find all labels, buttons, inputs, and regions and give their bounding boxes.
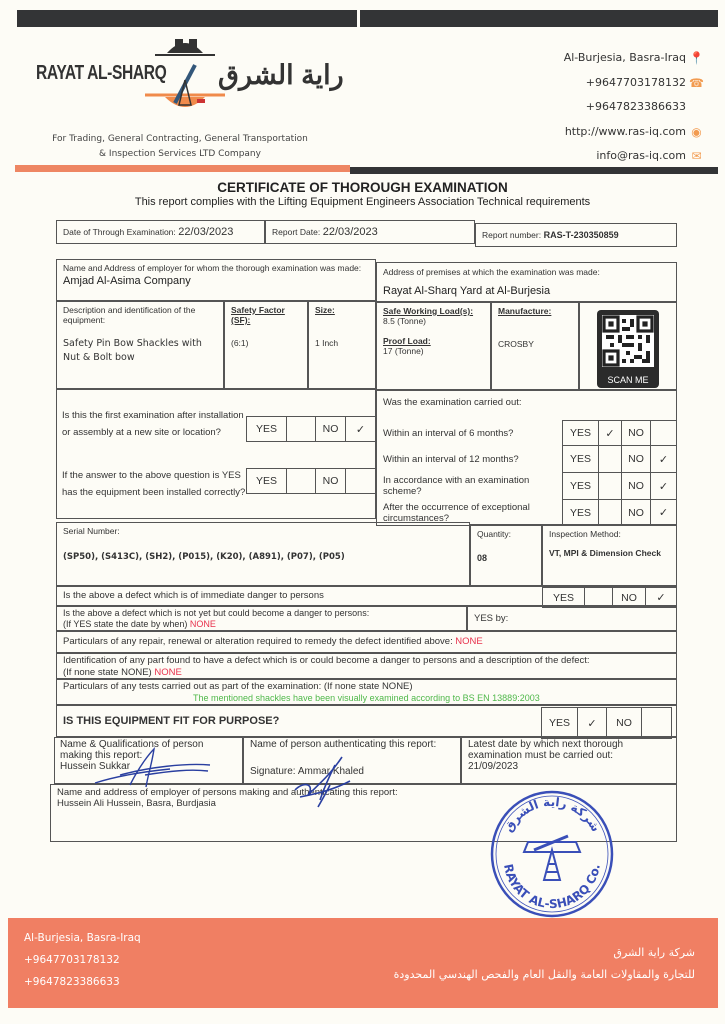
website-link[interactable]: http://www.ras-iq.com: [565, 120, 686, 145]
company-stamp: شركة راية الشرق RAYAT AL-SHARQ Co.: [488, 790, 616, 918]
report-date-cell: Report Date: 22/03/2023: [265, 220, 475, 244]
interval-12-months-question: Within an interval of 12 months?: [383, 454, 519, 465]
tests-value: The mentioned shackles have been visuall…: [63, 693, 670, 705]
repair-row: Particulars of any repair, renewal or al…: [56, 631, 677, 653]
report-number-label: Report number:: [482, 230, 541, 240]
footer-phone-1: +9647703178132: [24, 949, 141, 971]
installation-questions-block: Is this the first examination after inst…: [56, 389, 376, 519]
quantity-cell: Quantity: 08: [470, 524, 542, 586]
authenticator-cell: Name of person authenticating this repor…: [243, 737, 461, 784]
defect-identification-hint: (If none state NONE): [63, 667, 152, 678]
next-exam-date-cell: Latest date by which next thorough exami…: [461, 737, 677, 784]
yes-by-cell: YES by:: [467, 606, 677, 631]
footer-arabic-company: شركة راية الشرق: [394, 942, 695, 964]
fit-yes-label: YES: [541, 707, 578, 739]
installed-no-label: NO: [315, 468, 346, 494]
brand-name-arabic: راية الشرق: [218, 60, 344, 91]
first-exam-no-checkbox[interactable]: ✓: [345, 416, 376, 442]
inspection-method-cell: Inspection Method: VT, MPI & Dimension C…: [542, 524, 677, 586]
premises-label: Address of premises at which the examina…: [383, 267, 670, 277]
size-label: Size:: [315, 305, 369, 315]
certificate-subtitle: This report complies with the Lifting Eq…: [0, 196, 725, 208]
yes-by-label: YES by:: [474, 613, 670, 624]
exceptional-yes-box[interactable]: [598, 499, 622, 526]
tagline-line-1: For Trading, General Contracting, Genera…: [30, 132, 330, 147]
manufacture-label: Manufacture:: [498, 306, 572, 316]
tests-row: Particulars of any tests carried out as …: [56, 679, 677, 705]
certificate-title: CERTIFICATE OF THOROUGH EXAMINATION: [0, 180, 725, 195]
safety-factor-cell: Safety Factor (SF): (6:1): [224, 301, 308, 389]
footer-contacts: Al-Burjesia, Basra-Iraq +9647703178132 +…: [24, 927, 141, 993]
tests-label: Particulars of any tests carried out as …: [63, 681, 670, 693]
footer-arabic-text: شركة راية الشرق للتجارة والمقاولات العام…: [394, 942, 695, 986]
tagline-line-2: & Inspection Services LTD Company: [30, 147, 330, 162]
immediate-danger-yes-label: YES: [542, 587, 585, 608]
quantity-label: Quantity:: [477, 529, 535, 539]
twelve-months-no-checkbox[interactable]: ✓: [650, 445, 677, 473]
future-danger-cell: Is the above a defect which is not yet b…: [56, 606, 467, 631]
six-months-yes-label: YES: [562, 420, 599, 446]
telephone-icon: ☎: [690, 76, 703, 89]
report-number-cell: Report number: RAS-T-230350859: [475, 223, 677, 247]
proof-load-label: Proof Load:: [383, 336, 484, 346]
interval-6-months-question: Within an interval of 6 months?: [383, 428, 513, 439]
footer-arabic-description: للتجارة والمقاولات العامة والنقل العام و…: [394, 964, 695, 986]
globe-icon: ◉: [690, 125, 703, 138]
first-exam-no-label: NO: [315, 416, 346, 442]
future-danger-hint: (If YES state the date by when): [63, 619, 187, 629]
exceptional-yes-label: YES: [562, 499, 599, 526]
report-maker-name: Hussein Sukkar: [60, 761, 237, 772]
description-cell: Description and identification of the eq…: [56, 301, 224, 389]
immediate-danger-no-label: NO: [612, 587, 646, 608]
email-link[interactable]: info@ras-iq.com: [596, 144, 686, 169]
contact-phone-2: +9647823386633.: [564, 95, 703, 120]
qr-cell: SCAN ME: [579, 302, 677, 390]
contact-email[interactable]: info@ras-iq.com✉: [564, 144, 703, 169]
carried-out-label: Was the examination carried out:: [383, 397, 522, 408]
six-months-no-label: NO: [621, 420, 651, 446]
fit-no-label: NO: [606, 707, 642, 739]
twelve-months-no-label: NO: [621, 445, 651, 473]
proof-load-value: 17 (Tonne): [383, 346, 484, 356]
contact-list: Al-Burjesia, Basra-Iraq📍 +9647703178132☎…: [564, 46, 703, 169]
defect-identification-label: Identification of any part found to have…: [63, 655, 670, 667]
twelve-months-yes-box[interactable]: [598, 445, 622, 473]
defect-identification-value: NONE: [154, 667, 181, 678]
first-exam-yes-box[interactable]: [286, 416, 316, 442]
premises-value: Rayat Al-Sharq Yard at Al-Burjesia: [383, 285, 670, 297]
first-exam-question: Is this the first examination after inst…: [62, 408, 247, 441]
immediate-danger-yes-box[interactable]: [584, 587, 613, 608]
employer-cell: Name and Address of employer for whom th…: [56, 259, 376, 301]
next-exam-date-label: Latest date by which next thorough exami…: [468, 739, 648, 761]
employer-label: Name and Address of employer for whom th…: [63, 263, 369, 273]
header-divider-dark: [350, 167, 718, 174]
brand-name-english: RAYAT AL-SHARQ: [36, 62, 166, 85]
svg-text:شركة راية الشرق: شركة راية الشرق: [501, 795, 603, 834]
serial-number-cell: Serial Number: (SP50), (S413C), (SH2), (…: [56, 522, 470, 586]
premises-cell: Address of premises at which the examina…: [376, 262, 677, 302]
location-pin-icon: 📍: [690, 52, 703, 65]
report-maker-label: Name & Qualifications of person making t…: [60, 739, 225, 761]
footer-phone-2: +9647823386633: [24, 971, 141, 993]
header-divider-orange: [15, 165, 350, 172]
immediate-danger-no-checkbox[interactable]: ✓: [645, 587, 677, 608]
inspection-method-value: VT, MPI & Dimension Check: [549, 548, 670, 559]
manufacture-cell: Manufacture: CROSBY: [491, 302, 579, 390]
six-months-no-box[interactable]: [650, 420, 677, 446]
installed-yes-label: YES: [246, 468, 287, 494]
scheme-no-checkbox[interactable]: ✓: [650, 472, 677, 500]
examination-scheme-question: In accordance with an examination scheme…: [383, 475, 563, 497]
scheme-no-label: NO: [621, 472, 651, 500]
fit-yes-checkbox[interactable]: ✓: [577, 707, 607, 739]
contact-phone-1: +9647703178132☎: [564, 71, 703, 96]
first-exam-yes-label: YES: [246, 416, 287, 442]
serial-number-label: Serial Number:: [63, 526, 463, 536]
defect-identification-row: Identification of any part found to have…: [56, 653, 677, 679]
report-date-label: Report Date:: [272, 227, 320, 237]
installed-correctly-question: If the answer to the above question is Y…: [62, 468, 247, 501]
quantity-value: 08: [477, 553, 535, 563]
scheme-yes-box[interactable]: [598, 472, 622, 500]
contact-website[interactable]: http://www.ras-iq.com◉: [564, 120, 703, 145]
scan-me-label: SCAN ME: [597, 375, 659, 385]
exceptional-no-checkbox[interactable]: ✓: [650, 499, 677, 526]
size-cell: Size: 1 Inch: [308, 301, 376, 389]
exam-date-cell: Date of Through Examination: 22/03/2023: [56, 220, 265, 244]
report-date-value: 22/03/2023: [323, 226, 378, 238]
qr-code-icon: [602, 315, 654, 367]
description-label: Description and identification of the eq…: [63, 305, 217, 325]
qr-code-badge[interactable]: SCAN ME: [597, 310, 659, 388]
manufacture-value: CROSBY: [498, 339, 572, 349]
authenticator-signature: Signature: Ammar Khaled: [250, 766, 454, 777]
size-value: 1 Inch: [315, 338, 369, 348]
footer-address: Al-Burjesia, Basra-Iraq: [24, 927, 141, 949]
report-number-value: RAS-T-230350859: [544, 230, 619, 240]
repair-label: Particulars of any repair, renewal or al…: [63, 636, 453, 647]
six-months-yes-checkbox[interactable]: ✓: [598, 420, 622, 446]
report-maker-cell: Name & Qualifications of person making t…: [54, 737, 243, 784]
header-top-bar-right: [360, 10, 718, 27]
exceptional-no-label: NO: [621, 499, 651, 526]
inspection-method-label: Inspection Method:: [549, 529, 670, 539]
description-value: Safety Pin Bow Shackles with Nut & Bolt …: [63, 337, 213, 365]
contact-phone-1-text: +9647703178132: [586, 71, 686, 96]
safety-factor-label: Safety Factor (SF):: [231, 305, 301, 325]
swl-label: Safe Working Load(s):: [383, 306, 484, 316]
safety-factor-value: (6:1): [231, 338, 301, 348]
contact-address: Al-Burjesia, Basra-Iraq📍: [564, 46, 703, 71]
authenticator-label: Name of person authenticating this repor…: [250, 739, 454, 750]
installed-yes-box[interactable]: [286, 468, 316, 494]
employer-value: Amjad Al-Asima Company: [63, 275, 369, 287]
future-danger-question: Is the above a defect which is not yet b…: [63, 608, 460, 619]
contact-address-text: Al-Burjesia, Basra-Iraq: [564, 46, 686, 71]
future-danger-value: NONE: [190, 619, 216, 629]
repair-value: NONE: [455, 636, 482, 647]
next-exam-date-value: 21/09/2023: [468, 761, 670, 772]
swl-value: 8.5 (Tonne): [383, 316, 484, 326]
contact-phone-2-text: +9647823386633: [586, 95, 686, 120]
twelve-months-yes-label: YES: [562, 445, 599, 473]
exam-date-value: 22/03/2023: [178, 226, 233, 238]
envelope-icon: ✉: [690, 150, 703, 163]
company-tagline: For Trading, General Contracting, Genera…: [30, 132, 330, 162]
scheme-yes-label: YES: [562, 472, 599, 500]
header-top-bar-left: [17, 10, 357, 27]
serial-number-value: (SP50), (S413C), (SH2), (P015), (K20), (…: [63, 552, 463, 562]
fit-no-box[interactable]: [641, 707, 672, 739]
installed-no-box[interactable]: [345, 468, 376, 494]
exam-date-label: Date of Through Examination:: [63, 227, 176, 237]
swl-cell: Safe Working Load(s): 8.5 (Tonne) Proof …: [376, 302, 491, 390]
exceptional-circumstances-question: After the occurrence of exceptional circ…: [383, 502, 563, 524]
